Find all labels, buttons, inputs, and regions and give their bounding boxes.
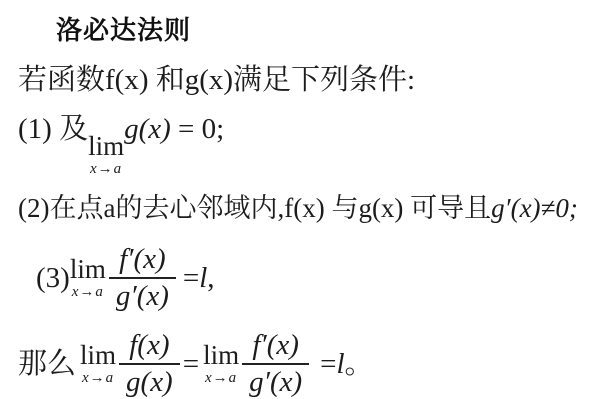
- limit-value: l: [336, 346, 344, 382]
- limit-operator: limx→a: [203, 342, 239, 386]
- lim-subscript: x→a: [72, 285, 104, 300]
- comma: ,: [207, 260, 214, 296]
- lim-subscript: x→a: [205, 371, 237, 386]
- page-title: 洛必达法则: [56, 10, 594, 47]
- fraction-f-prime-over-g-prime: f′(x)g′(x): [109, 243, 176, 313]
- limit-value: l: [199, 260, 207, 296]
- limit-operator: limx→a: [80, 342, 116, 386]
- condition-2-text: (2)在点a的去心邻域内,f(x) 与g(x) 可导且: [18, 193, 491, 223]
- intro-line: 若函数f(x) 和g(x)满足下列条件:: [18, 62, 594, 98]
- fraction-denominator: g′(x): [242, 363, 309, 399]
- limit-operator: limx→a: [70, 256, 106, 300]
- condition-1-variable: g(x): [124, 113, 171, 145]
- lim-word: lim: [80, 342, 116, 369]
- equals-sign: =: [320, 346, 336, 382]
- condition-2-math: g′(x)≠0;: [491, 193, 578, 223]
- condition-1-equation: = 0;: [171, 113, 224, 145]
- conclusion-prefix: 那么: [18, 346, 76, 382]
- fraction-numerator: f′(x): [112, 243, 173, 277]
- conclusion: 那么 limx→a f(x)g(x) = limx→a f′(x)g′(x) =…: [18, 329, 594, 399]
- fraction-numerator: f(x): [122, 329, 176, 363]
- fraction-denominator: g′(x): [109, 277, 176, 313]
- condition-3-prefix: (3): [36, 260, 70, 296]
- lim-word: lim: [203, 342, 239, 369]
- fraction-f-prime-over-g-prime: f′(x)g′(x): [242, 329, 309, 399]
- condition-1: (1) 及limx→ag(x) = 0;: [18, 111, 594, 177]
- intro-text: 若函数f(x) 和g(x)满足下列条件:: [18, 64, 415, 96]
- document-page: 洛必达法则 若函数f(x) 和g(x)满足下列条件: (1) 及limx→ag(…: [0, 0, 602, 399]
- fraction-f-over-g: f(x)g(x): [119, 329, 180, 399]
- fraction-numerator: f′(x): [245, 329, 306, 363]
- equals-sign: =: [183, 346, 199, 382]
- lim-subscript: x→a: [82, 371, 114, 386]
- lim-word: lim: [70, 256, 106, 283]
- limit-operator: limx→a: [88, 133, 124, 177]
- lim-word: lim: [88, 133, 124, 160]
- condition-1-prefix: (1) 及: [18, 113, 88, 145]
- condition-3: (3) limx→a f′(x)g′(x) = l ,: [36, 243, 594, 313]
- full-stop: 。: [345, 346, 374, 382]
- fraction-denominator: g(x): [119, 363, 180, 399]
- condition-2: (2)在点a的去心邻域内,f(x) 与g(x) 可导且g′(x)≠0;: [18, 192, 594, 226]
- equals-sign: =: [183, 260, 199, 296]
- lim-subscript: x→a: [90, 162, 122, 177]
